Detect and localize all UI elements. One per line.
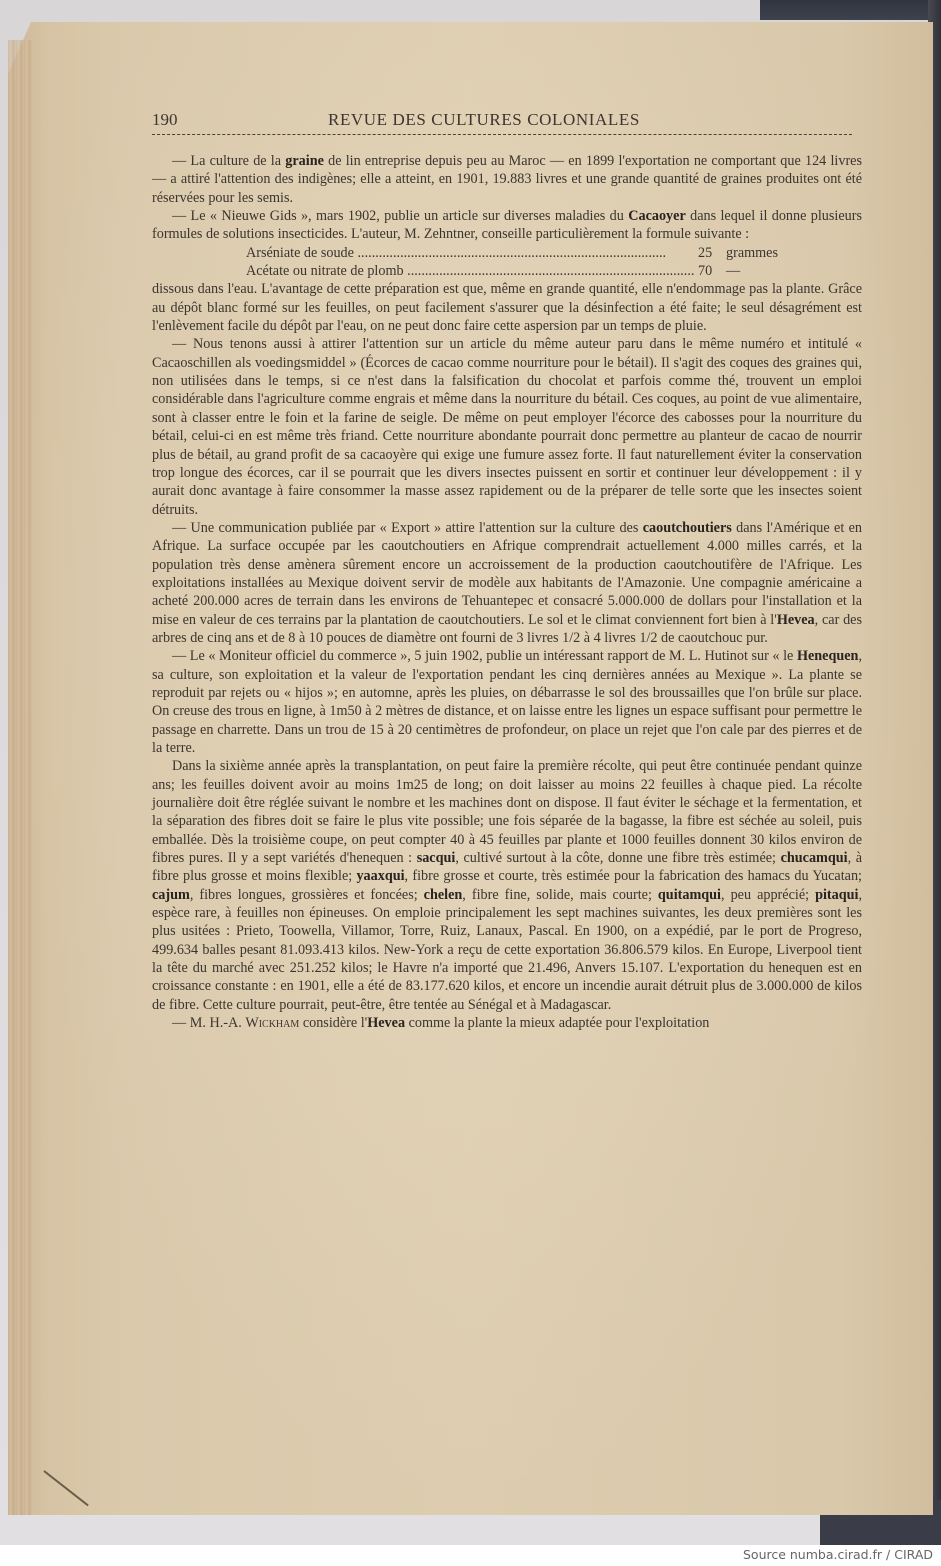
formula-row: Arséniate de soude 25 grammes: [246, 244, 806, 262]
page-number: 190: [152, 110, 178, 130]
paragraph-cacaoschillen: — Nous tenons aussi à attirer l'attentio…: [152, 335, 862, 518]
source-credit: Source numba.cirad.fr / CIRAD: [743, 1547, 933, 1562]
insecticide-formula: Arséniate de soude 25 grammes Acétate ou…: [152, 244, 862, 281]
paragraph-graine: — La culture de la graine de lin entrepr…: [152, 152, 862, 207]
paragraph-caoutchoutiers: — Une communication publiée par « Export…: [152, 519, 862, 647]
paragraph-cacaoyer: — Le « Nieuwe Gids », mars 1902, publie …: [152, 207, 862, 244]
paragraph-dissous: dissous dans l'eau. L'avantage de cette …: [152, 280, 862, 335]
book-cover-top: [760, 0, 941, 20]
page-stack-edges: [8, 40, 32, 1515]
header-rule: [152, 134, 852, 135]
formula-row: Acétate ou nitrate de plomb 70 —: [246, 262, 806, 280]
paragraph-recolte: Dans la sixième année après la transplan…: [152, 757, 862, 1014]
body-text: — La culture de la graine de lin entrepr…: [152, 152, 862, 1033]
paragraph-wickham: — M. H.-A. Wickham considère l'Hevea com…: [152, 1014, 862, 1032]
paragraph-henequen: — Le « Moniteur officiel du commerce », …: [152, 647, 862, 757]
running-title: REVUE DES CULTURES COLONIALES: [328, 110, 640, 130]
page-header: 190 REVUE DES CULTURES COLONIALES: [152, 108, 864, 132]
